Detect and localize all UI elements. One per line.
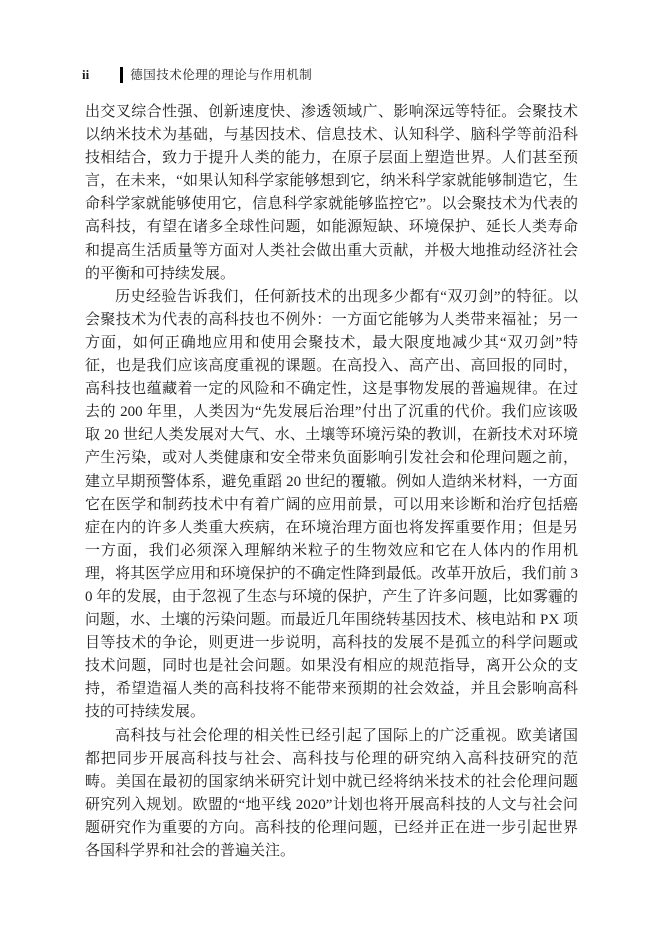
running-title: 德国技术伦理的理论与作用机制	[130, 66, 312, 84]
paragraph: 高科技与社会伦理的相关性已经引起了国际上的广泛重视。欧美诸国都把同步开展高科技与…	[85, 725, 578, 864]
book-page: ii 德国技术伦理的理论与作用机制 出交叉综合性强、创新速度快、渗透领域广、影响…	[0, 0, 661, 926]
running-header: ii 德国技术伦理的理论与作用机制	[82, 66, 579, 84]
page-number: ii	[82, 66, 89, 84]
header-divider-bar	[120, 67, 123, 83]
paragraph: 历史经验告诉我们，任何新技术的出现多少都有“双刃剑”的特征。以会聚技术为代表的高…	[85, 286, 578, 725]
page-body-text: 出交叉综合性强、创新速度快、渗透领域广、影响深远等特征。会聚技术以纳米技术为基础…	[85, 101, 578, 863]
paragraph: 出交叉综合性强、创新速度快、渗透领域广、影响深远等特征。会聚技术以纳米技术为基础…	[85, 101, 578, 286]
